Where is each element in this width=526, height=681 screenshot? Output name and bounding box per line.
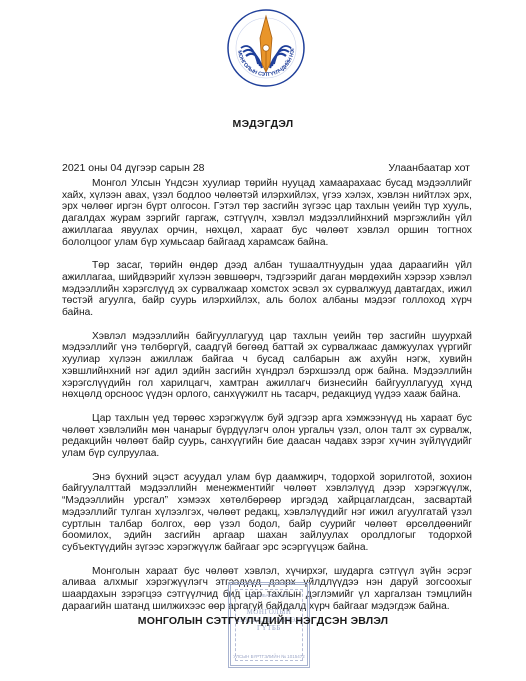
pen-nib-emblem-icon: МОНГОЛЫН СЭТГҮҮЛЧДИЙН НЭГДСЭН ЭВЛЭЛ	[226, 8, 306, 88]
paragraph: Хэвлэл мэдээллийн байгууллагууд цар тахл…	[62, 331, 472, 401]
document-title: МЭДЭГДЭЛ	[0, 118, 526, 130]
paragraph: Монгол Улсын Үндсэн хуулиар төрийн нууца…	[62, 178, 472, 248]
document-body: Монгол Улсын Үндсэн хуулиар төрийн нууца…	[62, 178, 472, 625]
document-place: Улаанбаатар хот	[388, 162, 470, 174]
signature-organization: МОНГОЛЫН СЭТГҮҮЛЧДИЙН НЭГДСЭН ЭВЛЭЛ	[0, 615, 526, 627]
document-date: 2021 оны 04 дүгээр сарын 28	[62, 162, 205, 174]
paragraph: Энэ бүхний эцэст асуудал улам бүр даамжи…	[62, 472, 472, 554]
paragraph: Төр засаг, төрийн өндөр дээд албан тушаа…	[62, 260, 472, 319]
organization-logo: МОНГОЛЫН СЭТГҮҮЛЧДИЙН НЭГДСЭН ЭВЛЭЛ	[226, 8, 306, 88]
paragraph: Цар тахлын үед төрөөс хэрэгжүүлж буй эдг…	[62, 413, 472, 460]
stamp-registration: УЛСЫН БҮРТГЭЛИЙН № 1015472	[231, 654, 307, 659]
